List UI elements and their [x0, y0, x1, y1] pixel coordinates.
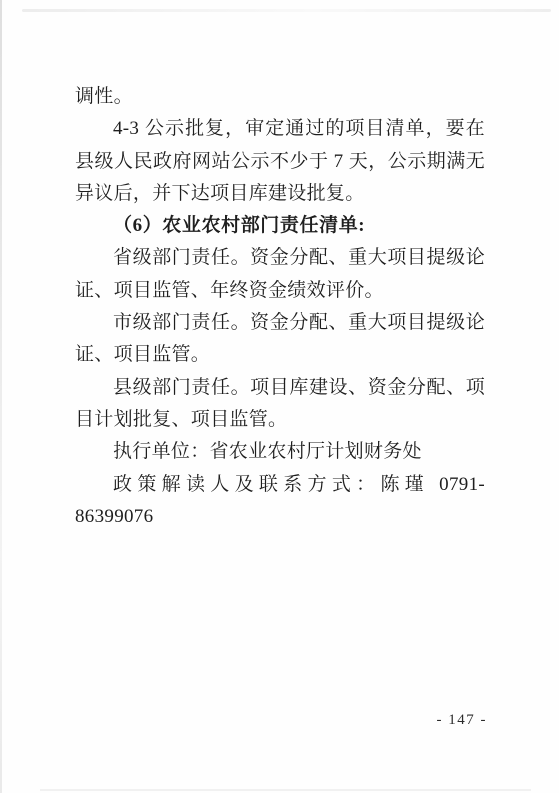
paragraph-clause-4-3: 4-3 公示批复，审定通过的项目清单，要在县级人民政府网站公示不少于 7 天，公… [75, 113, 485, 210]
document-body: 调性。 4-3 公示批复，审定通过的项目清单，要在县级人民政府网站公示不少于 7… [75, 81, 485, 533]
page-number: - 147 - [437, 712, 488, 729]
paragraph-city-duty: 市级部门责任。资金分配、重大项目提级论证、项目监管。 [75, 307, 485, 372]
paragraph-executing-unit: 执行单位：省农业农村厅计划财务处 [75, 436, 485, 468]
document-page: 调性。 4-3 公示批复，审定通过的项目清单，要在县级人民政府网站公示不少于 7… [0, 0, 559, 793]
scan-artifact-left-edge [0, 0, 2, 793]
paragraph-county-duty: 县级部门责任。项目库建设、资金分配、项目计划批复、项目监管。 [75, 372, 485, 437]
paragraph-province-duty: 省级部门责任。资金分配、重大项目提级论证、项目监管、年终资金绩效评价。 [75, 242, 485, 307]
scan-artifact-bottom-streak [40, 789, 531, 791]
paragraph-continuation: 调性。 [75, 81, 485, 113]
paragraph-contact-info: 政策解读人及联系方式：陈瑾 0791-86399076 [75, 469, 485, 534]
scan-artifact-top-streak [22, 9, 551, 12]
section-heading-6: （6）农业农村部门责任清单: [75, 210, 485, 242]
